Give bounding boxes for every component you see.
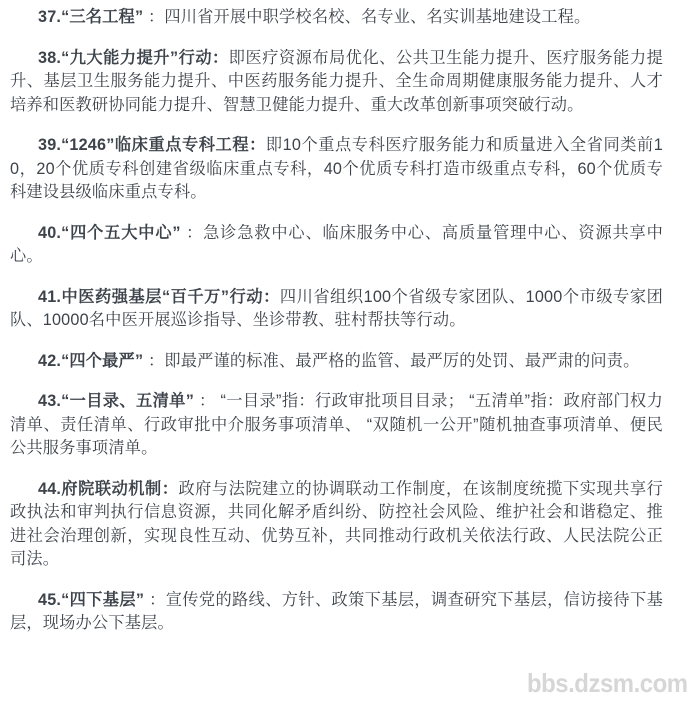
glossary-item-41: 41.中医药强基层“百千万”行动：四川省组织100个省级专家团队、1000个市级… — [10, 286, 663, 333]
glossary-item-44: 44.府院联动机制：政府与法院建立的协调联动工作制度，在该制度统揽下实现共享行政… — [10, 478, 663, 572]
term-45: 45.“四下基层” — [38, 591, 144, 609]
term-40: 40.“四个五大中心” — [38, 224, 181, 242]
term-37: 37.“三名工程” — [38, 8, 143, 26]
definition-42: ：即最严谨的标准、最严格的监管、最严厉的处罚、最严肃的问责。 — [143, 352, 639, 370]
glossary-page: 37.“三名工程” ：四川省开展中职学校名校、名专业、名实训基地建设工程。 38… — [0, 0, 690, 636]
glossary-item-42: 42.“四个最严” ：即最严谨的标准、最严格的监管、最严厉的处罚、最严肃的问责。 — [10, 350, 663, 374]
term-44: 44.府院联动机制： — [38, 480, 178, 498]
term-42: 42.“四个最严” — [38, 352, 143, 370]
glossary-item-45: 45.“四下基层” ：宣传党的路线、方针、政策下基层，调查研究下基层，信访接待下… — [10, 589, 663, 636]
term-38: 38.“九大能力提升”行动： — [38, 49, 229, 67]
glossary-item-39: 39.“1246”临床重点专科工程：即10个重点专科医疗服务能力和质量进入全省同… — [10, 134, 663, 205]
term-43: 43.“一目录、五清单” — [38, 392, 194, 410]
site-watermark: bbs.dzsm.com — [527, 668, 688, 699]
glossary-item-43: 43.“一目录、五清单” ： “一目录”指：行政审批项目目录； “五清单”指：政… — [10, 390, 663, 461]
term-41: 41.中医药强基层“百千万”行动： — [38, 288, 280, 306]
glossary-item-38: 38.“九大能力提升”行动：即医疗资源布局优化、公共卫生能力提升、医疗服务能力提… — [10, 47, 663, 118]
definition-37: ：四川省开展中职学校名校、名专业、名实训基地建设工程。 — [143, 8, 590, 26]
glossary-item-37: 37.“三名工程” ：四川省开展中职学校名校、名专业、名实训基地建设工程。 — [10, 6, 663, 30]
glossary-item-40: 40.“四个五大中心” ：急诊急救中心、临床服务中心、高质量管理中心、资源共享中… — [10, 222, 663, 269]
term-39: 39.“1246”临床重点专科工程： — [38, 136, 266, 154]
